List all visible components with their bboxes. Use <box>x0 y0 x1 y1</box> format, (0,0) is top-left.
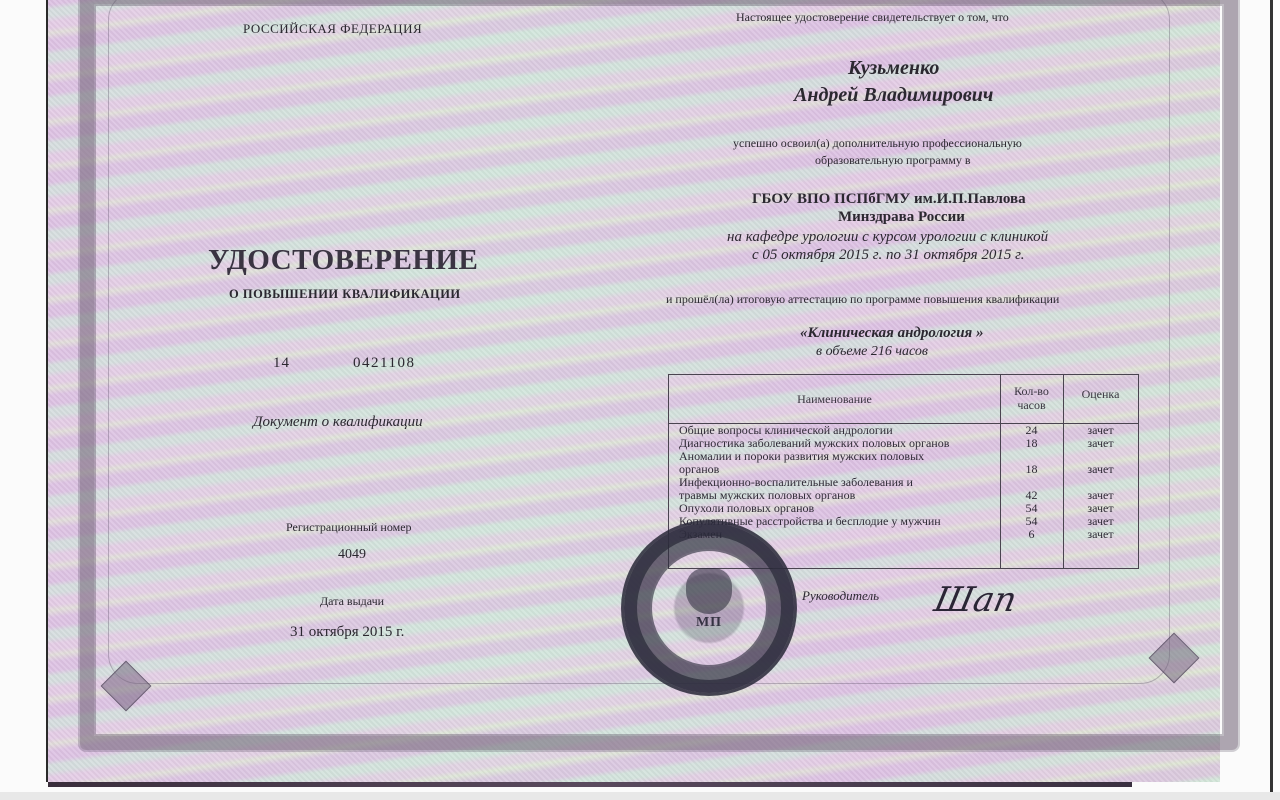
header-hours-line1: Кол-во <box>1000 385 1063 398</box>
institution-ministry: Минздрава России <box>838 209 965 226</box>
issue-date-label: Дата выдачи <box>320 594 384 609</box>
document-type: Документ о квалификации <box>253 414 423 431</box>
study-period: с 05 октября 2015 г. по 31 октября 2015 … <box>752 247 1024 264</box>
scan-margin <box>0 792 1280 800</box>
subject-grade: зачет <box>1063 437 1138 450</box>
subject-grade: зачет <box>1063 528 1138 541</box>
scan-edge <box>1270 0 1273 800</box>
sheet-bottom-edge <box>48 782 1132 787</box>
country-heading: РОССИЙСКАЯ ФЕДЕРАЦИЯ <box>243 21 422 37</box>
program-volume: в объеме 216 часов <box>816 344 928 360</box>
department-name: на кафедре урологии с курсом урологии с … <box>727 229 1048 246</box>
program-name: «Клиническая андрология » <box>800 325 984 342</box>
subject-hours: 6 <box>1000 528 1063 541</box>
document-subtitle: О ПОВЫШЕНИИ КВАЛИФИКАЦИИ <box>229 287 461 302</box>
official-seal: МП <box>621 520 797 696</box>
subject-hours: 18 <box>1000 437 1063 450</box>
intro-text: Настоящее удостоверение свидетельствует … <box>736 10 1009 25</box>
subject-grade: зачет <box>1063 463 1138 476</box>
mastered-text-line2: образовательную программу в <box>815 153 971 168</box>
registration-label: Регистрационный номер <box>286 520 412 535</box>
issue-date: 31 октября 2015 г. <box>290 624 404 641</box>
registration-number: 4049 <box>338 547 366 563</box>
subject-hours: 18 <box>1000 463 1063 476</box>
header-grade: Оценка <box>1063 388 1138 401</box>
holder-given-names: Андрей Владимирович <box>794 84 993 107</box>
signature: Шап <box>931 580 1020 620</box>
header-hours-line2: часов <box>1000 399 1063 412</box>
coat-of-arms-icon <box>686 568 732 614</box>
header-name: Наименование <box>669 393 1000 406</box>
mastered-text-line1: успешно освоил(а) дополнительную професс… <box>733 136 1022 151</box>
seal-center-text: МП <box>624 615 794 631</box>
attestation-text: и прошёл(ла) итоговую аттестацию по прог… <box>666 292 1059 307</box>
document-title: УДОСТОВЕРЕНИЕ <box>208 244 478 277</box>
holder-surname: Кузьменко <box>848 57 939 80</box>
document-series: 14 <box>273 355 290 372</box>
signatory-role: Руководитель <box>802 588 879 604</box>
document-number: 0421108 <box>353 355 415 372</box>
institution-name: ГБОУ ВПО ПСПбГМУ им.И.П.Павлова <box>752 191 1026 208</box>
